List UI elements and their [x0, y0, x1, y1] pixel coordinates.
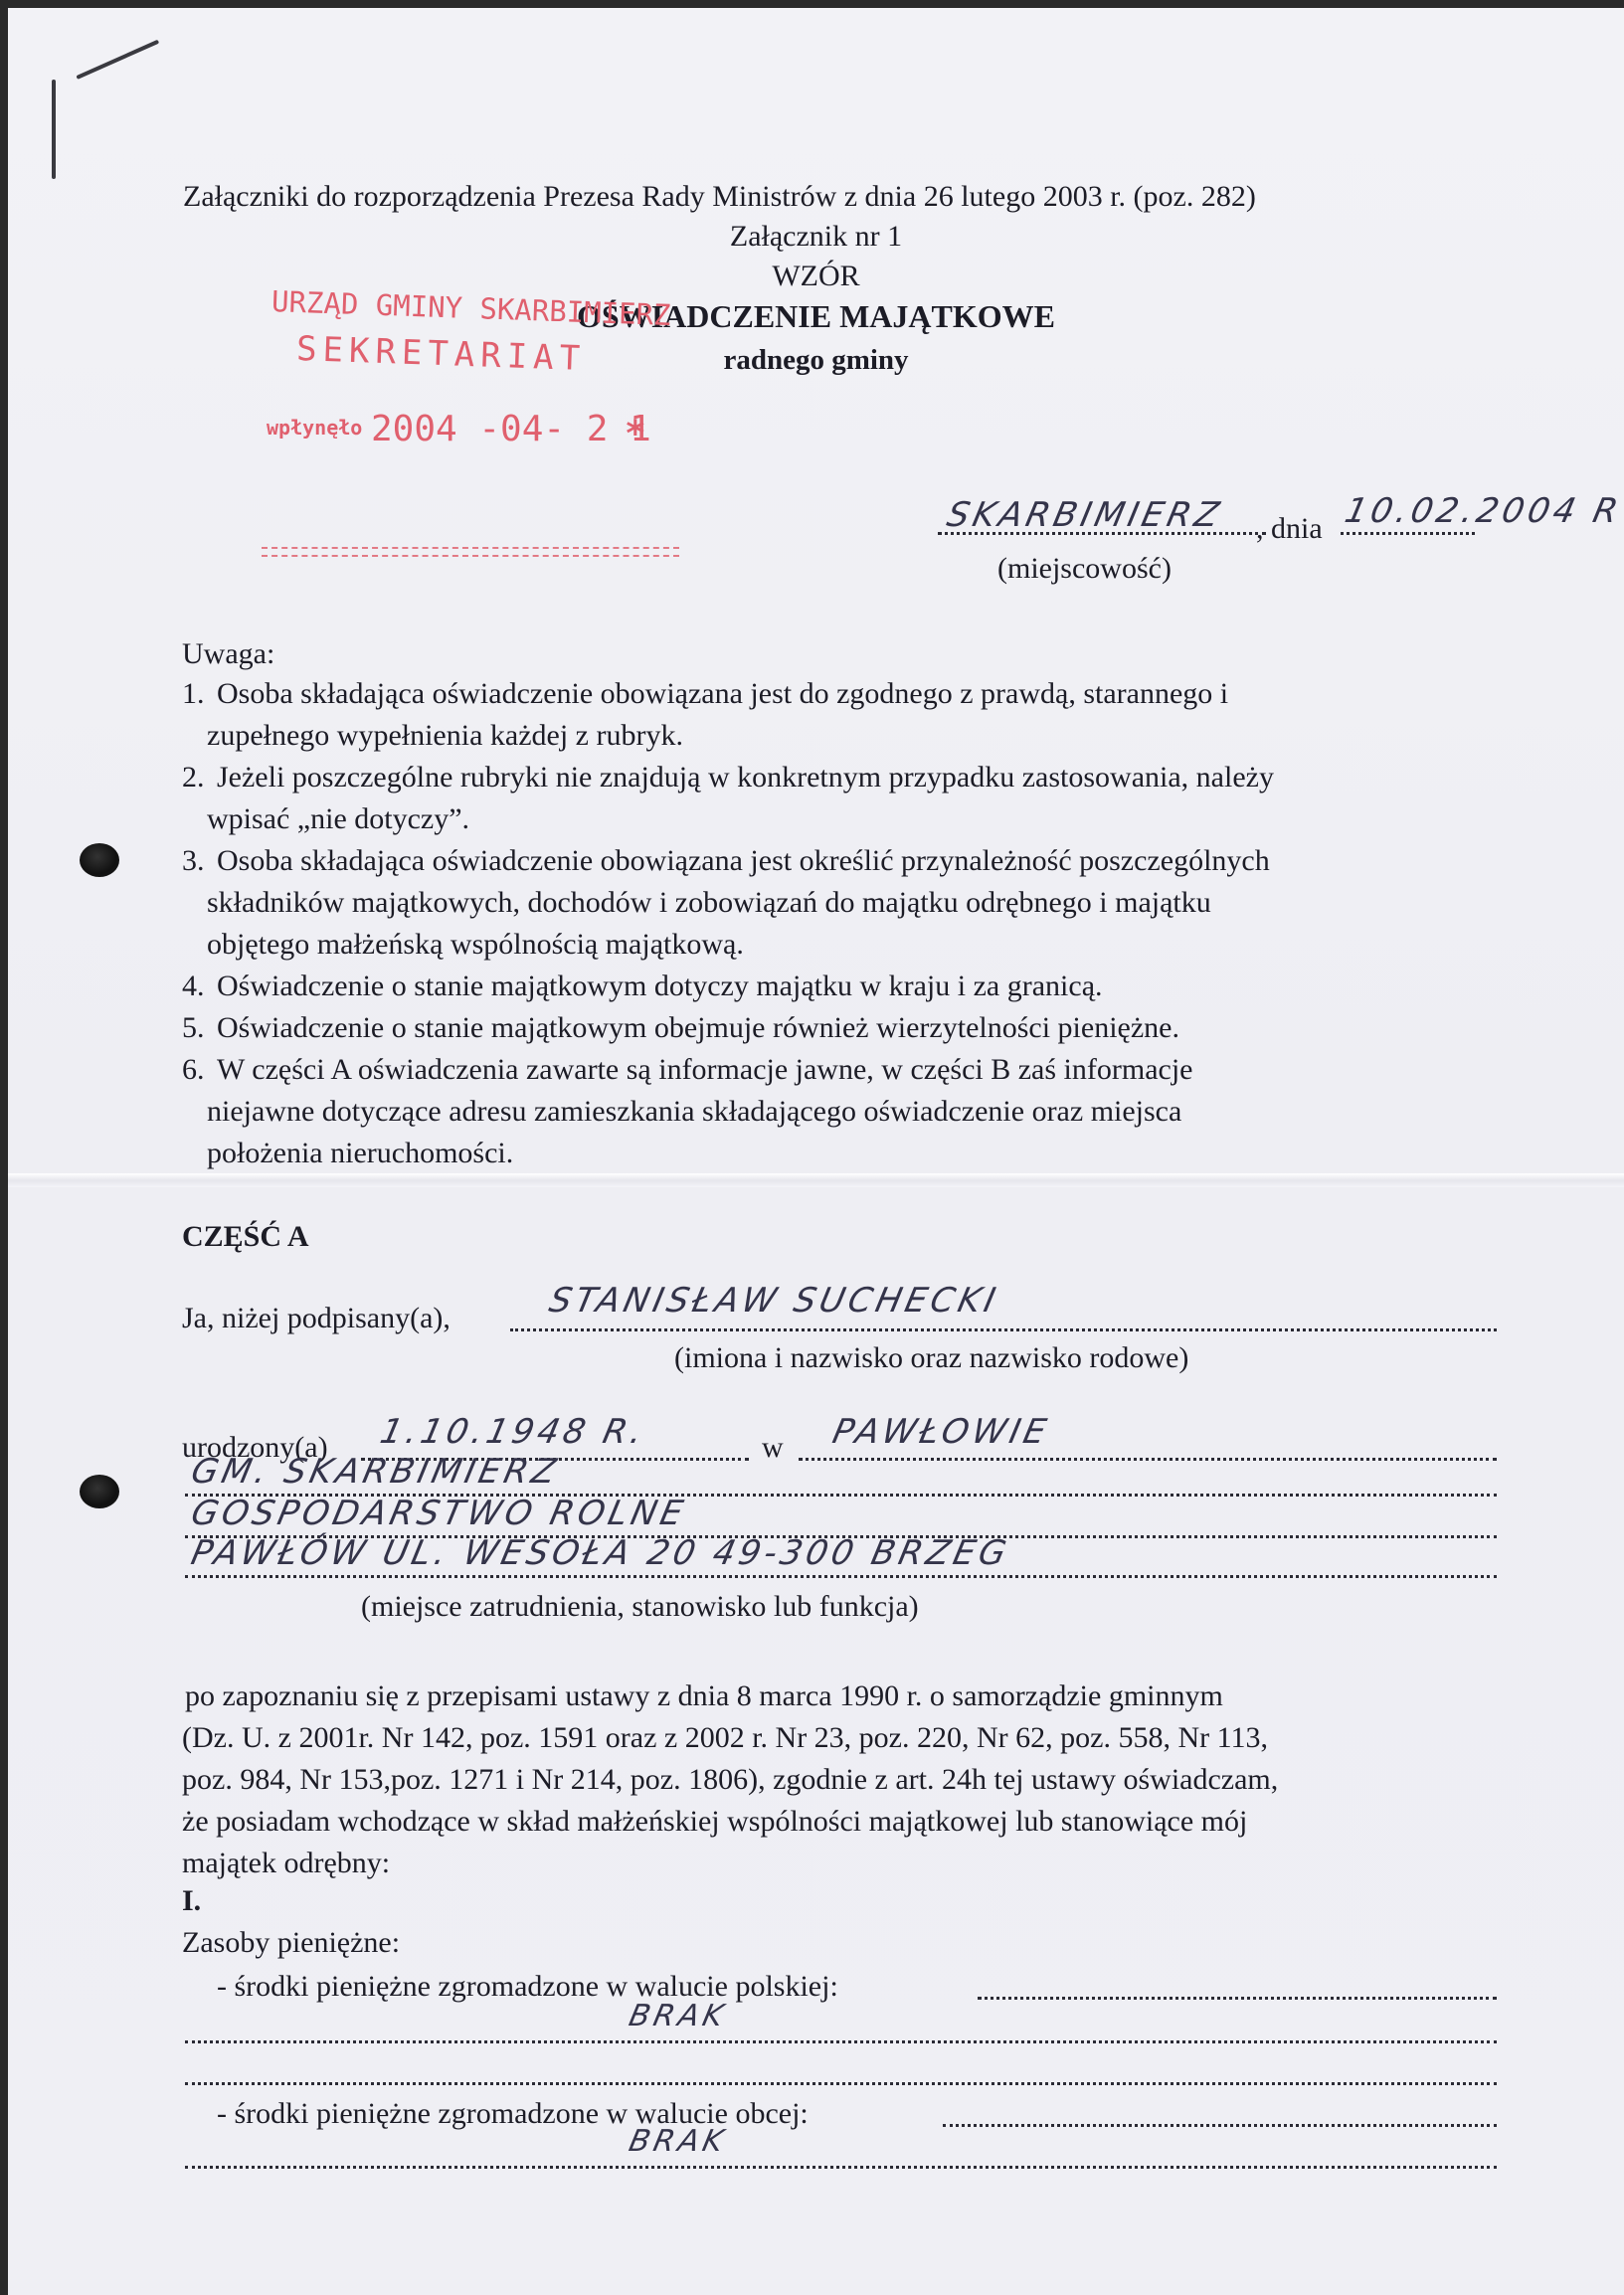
note-5-line-1: Oświadczenie o stanie majątkowym obejmuj… [217, 1010, 1179, 1046]
stamp-received-label: wpłynęło [267, 416, 362, 440]
statement-line-4: że posiadam wchodzące w skład małżeńskie… [182, 1804, 1247, 1840]
note-6-line-3: położenia nieruchomości. [207, 1136, 513, 1171]
section-1-number: I. [182, 1883, 201, 1919]
statement-line-1: po zapoznaniu się z przepisami ustawy z … [185, 1678, 1223, 1714]
document-subtitle: radnego gminy [8, 342, 1624, 378]
statement-line-5: majątek odrębny: [182, 1846, 390, 1881]
section-1-heading: Zasoby pieniężne: [182, 1925, 400, 1961]
note-1-line-2: zupełnego wypełnienia każdej z rubryk. [207, 718, 683, 754]
birth-place-field-line [799, 1458, 1497, 1461]
note-3-num: 3. [182, 843, 205, 879]
stamp-underline [262, 547, 679, 549]
document-page: Załączniki do rozporządzenia Prezesa Rad… [8, 8, 1624, 2295]
document-title: OŚWIADCZENIE MAJĄTKOWE [8, 298, 1624, 334]
note-1-num: 1. [182, 676, 205, 712]
staple-icon [52, 80, 56, 179]
place-field[interactable]: SKARBIMIERZ [944, 495, 1226, 535]
note-2-line-1: Jeżeli poszczególne rubryki nie znajdują… [217, 760, 1274, 795]
date-field-line [1341, 532, 1475, 535]
foreign-field[interactable]: BRAK [626, 2124, 730, 2159]
note-5-num: 5. [182, 1010, 205, 1046]
note-6-line-2: niejawne dotyczące adresu zamieszkania s… [207, 1094, 1181, 1130]
note-3-line-1: Osoba składająca oświadczenie obowiązana… [217, 843, 1270, 879]
birth-place-field[interactable]: PAWŁOWIE [829, 1412, 1054, 1452]
signed-label: Ja, niżej podpisany(a), [182, 1301, 451, 1336]
name-caption: (imiona i nazwisko oraz nazwisko rodowe) [674, 1340, 1188, 1376]
pln-field-line-3 [185, 2082, 1497, 2085]
note-1-line-1: Osoba składająca oświadczenie obowiązana… [217, 676, 1228, 712]
date-label: , dnia [1256, 511, 1323, 547]
employment-field-1[interactable]: GOSPODARSTWO ROLNE [188, 1494, 690, 1533]
pln-field-line-1 [978, 1997, 1497, 2000]
date-field[interactable]: 10.02.2004 R [1342, 491, 1624, 531]
regulation-reference: Załączniki do rozporządzenia Prezesa Rad… [183, 179, 1256, 215]
note-4-num: 4. [182, 969, 205, 1004]
name-field[interactable]: STANISŁAW SUCHECKI [546, 1281, 1003, 1321]
pln-field[interactable]: BRAK [626, 1999, 730, 2033]
employment-field-2[interactable]: PAWŁÓW UL. WESOŁA 20 49-300 BRZEG [188, 1533, 1013, 1573]
punch-hole-icon [80, 1475, 119, 1508]
stamp-received-date: 2004 -04- 2 1 [371, 409, 651, 449]
foreign-field-line-1 [943, 2124, 1497, 2127]
note-6-num: 6. [182, 1052, 205, 1088]
notes-heading: Uwaga: [182, 636, 274, 672]
pln-label: - środki pieniężne zgromadzone w walucie… [217, 1969, 838, 2005]
note-2-num: 2. [182, 760, 205, 795]
employment-caption: (miejsce zatrudnienia, stanowisko lub fu… [361, 1589, 919, 1625]
statement-line-2: (Dz. U. z 2001r. Nr 142, poz. 1591 oraz … [182, 1720, 1268, 1756]
paper-fold [8, 1173, 1624, 1187]
note-4-line-1: Oświadczenie o stanie majątkowym dotyczy… [217, 969, 1103, 1004]
stamp-underline [262, 555, 679, 557]
name-field-line [510, 1328, 1497, 1331]
pln-field-line-2 [185, 2040, 1497, 2043]
staple-icon [76, 40, 159, 80]
foreign-field-line-2 [185, 2166, 1497, 2169]
born-in-label: w [762, 1430, 784, 1466]
note-2-line-2: wpisać „nie dotyczy”. [207, 801, 469, 837]
note-6-line-1: W części A oświadczenia zawarte są infor… [217, 1052, 1192, 1088]
statement-line-3: poz. 984, Nr 153,poz. 1271 i Nr 214, poz… [182, 1762, 1278, 1798]
employment-line-2 [185, 1575, 1497, 1578]
place-caption: (miejscowość) [997, 551, 1172, 587]
punch-hole-icon [80, 843, 119, 877]
birth-date-field[interactable]: 1.10.1948 R. [377, 1412, 650, 1452]
stamp-asterisk: * [625, 414, 646, 454]
annex-number: Załącznik nr 1 [8, 219, 1624, 255]
note-3-line-3: objętego małżeńską wspólnością majątkową… [207, 927, 744, 963]
note-3-line-2: składników majątkowych, dochodów i zobow… [207, 885, 1211, 921]
birth-place-field-2[interactable]: GM. SKARBIMIERZ [188, 1452, 564, 1492]
template-label: WZÓR [8, 259, 1624, 294]
part-a-heading: CZĘŚĆ A [182, 1219, 309, 1255]
